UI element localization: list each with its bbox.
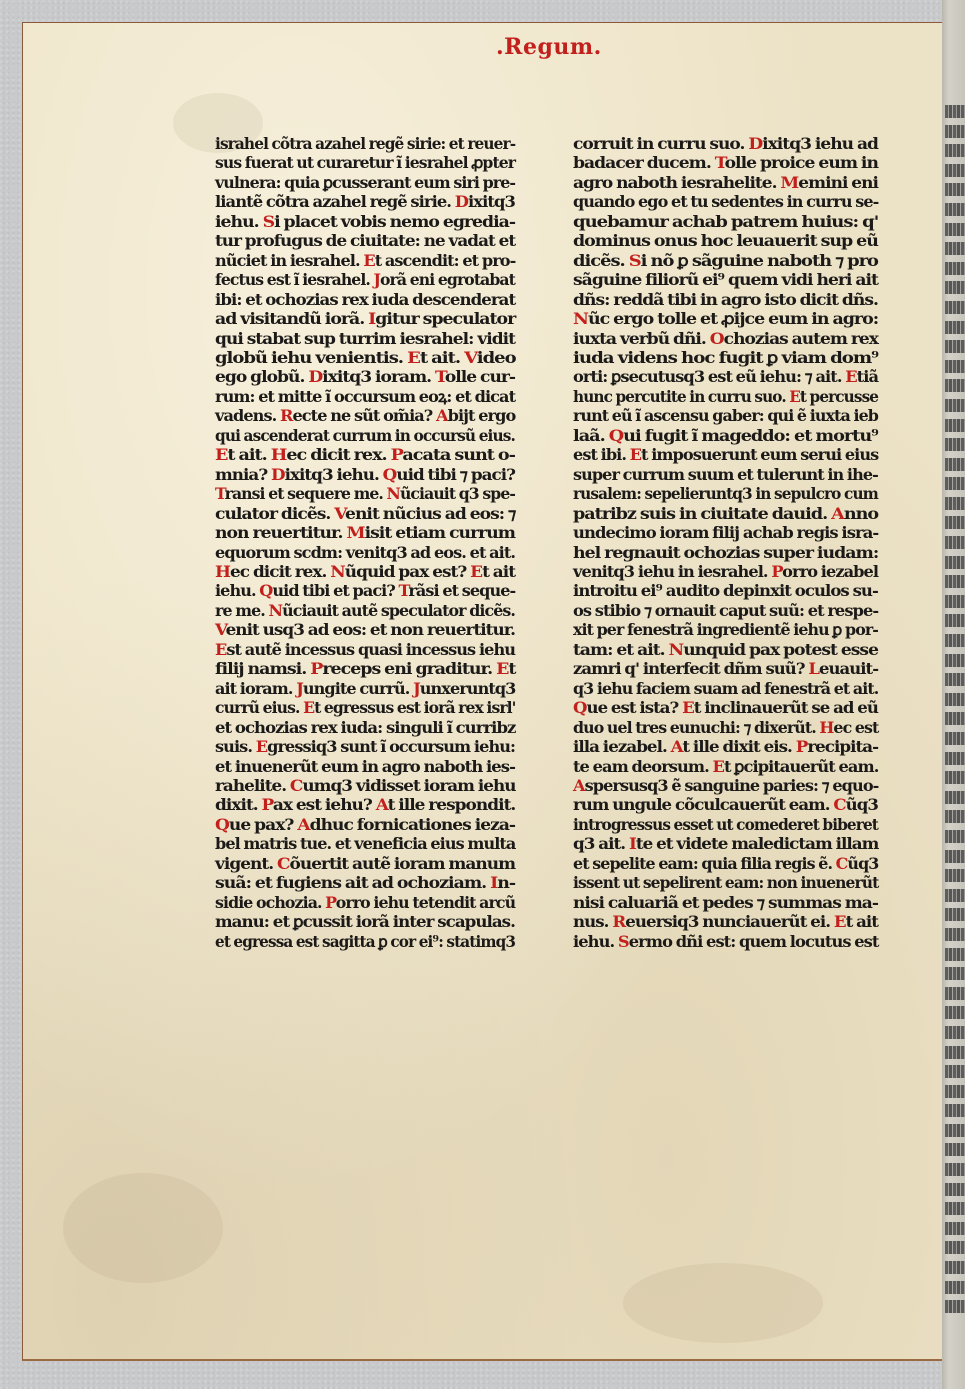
ghost-text-line [945,1085,965,1098]
text-line: patribz suis in ciuitate dauid. Anno [573,504,878,523]
rubricated-initial: I [629,834,636,853]
text-line: bel matris tue. et veneficia eius multa [215,834,515,853]
text-line: hunc percutite in curru suo. Et percusse [573,387,878,406]
text-line: ait ioram. Jungite currũ. Junxeruntq3 [215,679,515,698]
text-line: dicẽs. Si nõ ꝑ sãguine naboth ⁊ pro [573,251,878,270]
ghost-text-line [945,1183,965,1196]
rubricated-initial: V [334,504,345,523]
ghost-text-line [945,830,965,843]
rubricated-initial: A [297,815,309,834]
text-line: hel regnauit ochozias super iudam: [573,543,878,562]
rubricated-initial: D [308,367,322,386]
ghost-text-line [945,477,965,490]
text-line: iehu. Sermo dñi est: quem locutus est [573,932,878,951]
rubricated-initial: V [215,620,226,639]
text-line: Aspersusq3 ẽ sanguine paries: ⁊ equo- [573,776,878,795]
rubricated-initial: P [771,562,782,581]
rubricated-initial: R [280,406,292,425]
rubricated-initial: S [263,212,274,231]
rubricated-initial: P [325,893,336,912]
text-line: et sepelite eam: quia filia regis ẽ. Cũq… [573,854,878,873]
text-line: Est autẽ incessus quasi incessus iehu [215,640,515,659]
ghost-text-line [945,634,965,647]
rubricated-initial: A [376,795,388,814]
ghost-text-line [945,1300,965,1313]
text-line: rum: et mitte ĩ occursum eoꝝ: et dicat [215,387,515,406]
rubricated-initial: J [413,679,420,698]
text-line: Hec dicit rex. Nũquid pax est? Et ait [215,562,515,581]
rubricated-initial: E [363,251,374,270]
text-line: suis. Egressiq3 sunt ĩ occursum iehu: [215,737,515,756]
text-line: Nũc ergo tolle et ꝓijce eum in agro: [573,309,878,328]
text-line: dñs: reddã tibi in agro isto dicit dñs. [573,290,878,309]
text-line: rusalem: sepelieruntq3 in sepulcro cum [573,484,878,503]
rubricated-initial: D [748,134,762,153]
ghost-text-line [945,183,965,196]
rubricated-initial: I [490,873,497,892]
rubricated-initial: C [833,795,845,814]
ghost-text-line [945,1065,965,1078]
rubricated-initial: T [435,367,445,386]
right-text-column: corruit in curru suo. Dixitq3 iehu adbad… [573,134,878,951]
text-line: nisi caluariã et pedes ⁊ summas ma- [573,893,878,912]
text-line: filij namsi. Preceps eni graditur. Et [215,659,515,678]
ghost-text-line [945,1046,965,1059]
rubricated-initial: R [612,912,625,931]
adjacent-page-text [945,105,965,1335]
rubricated-initial: I [368,309,375,328]
parchment-stain [623,1263,823,1343]
rubricated-initial: C [836,854,848,873]
text-line: manu: et ꝑcussit iorã inter scapulas. [215,912,515,931]
rubricated-initial: T [215,484,225,503]
text-line: venitq3 iehu in iesrahel. Porro iezabel [573,562,878,581]
text-line: vigent. Cõuertit autẽ ioram manum [215,854,515,873]
ghost-text-line [945,556,965,569]
ghost-text-line [945,810,965,823]
rubricated-initial: Q [215,815,229,834]
rubricated-initial: E [215,640,226,659]
text-line: corruit in curru suo. Dixitq3 iehu ad [573,134,878,153]
text-line: xit per fenestrã ingredientẽ iehu ꝑ por- [573,620,878,639]
text-line: Venit usq3 ad eos: et non reuertitur. [215,620,515,639]
text-line: rahelite. Cumq3 vidisset ioram iehu [215,776,515,795]
ghost-text-line [945,399,965,412]
ghost-text-line [945,438,965,451]
ghost-text-line [945,203,965,216]
ghost-text-line [945,908,965,921]
rubricated-initial: E [215,445,227,464]
ghost-text-line [945,516,965,529]
ghost-text-line [945,1241,965,1254]
text-line: fectus est ĩ iesrahel. Jorã eni egrotaba… [215,270,515,289]
rubricated-initial: Q [259,581,272,600]
text-line: nũciet in iesrahel. Et ascendit: et pro- [215,251,515,270]
ghost-text-line [945,1143,965,1156]
rubricated-initial: A [671,737,683,756]
text-line: badacer ducem. Tolle proice eum in [573,153,878,172]
text-line: os stibio ⁊ ornauit caput suũ: et respe- [573,601,878,620]
rubricated-initial: P [796,737,808,756]
rubricated-initial: M [346,523,364,542]
ghost-text-line [945,458,965,471]
ghost-text-line [945,869,965,882]
rubricated-initial: S [629,251,641,270]
rubricated-initial: Q [609,426,623,445]
rubricated-initial: T [398,581,408,600]
text-line: re me. Nũciauit autẽ speculator dicẽs. [215,601,515,620]
text-line: vulnera: quia ꝑcusserant eum siri pre- [215,173,515,192]
text-line: tur profugus de ciuitate: ne vadat et [215,231,515,250]
ghost-text-line [945,262,965,275]
ghost-text-line [945,1104,965,1117]
rubricated-initial: H [215,562,230,581]
text-line: ibi: et ochozias rex iuda descenderat [215,290,515,309]
ghost-text-line [945,1026,965,1039]
ghost-text-line [945,771,965,784]
text-line: iehu. Si placet vobis nemo egredia- [215,212,515,231]
text-line: introitu ei⁹ audito depinxit oculos su- [573,581,878,600]
rubricated-initial: E [713,757,724,776]
rubricated-initial: E [496,659,508,678]
text-line: mnia? Dixitq3 iehu. Quid tibi ⁊ paci? [215,465,515,484]
rubricated-initial: H [271,445,287,464]
ghost-text-line [945,987,965,1000]
rubricated-initial: D [271,465,285,484]
rubricated-initial: C [290,776,302,795]
ghost-text-line [945,223,965,236]
rubricated-initial: Q [573,698,586,717]
ghost-text-line [945,1222,965,1235]
text-line: qui stabat sup turrim iesrahel: vidit [215,329,515,348]
ghost-text-line [945,497,965,510]
text-line: laã. Qui fugit ĩ mageddo: et mortu⁹ [573,426,878,445]
text-line: et ochozias rex iuda: singuli ĩ curribz [215,718,515,737]
ghost-text-line [945,1124,965,1137]
text-line: ad visitandũ iorã. Igitur speculator [215,309,515,328]
text-line: super currum suum et tulerunt in ihe- [573,465,878,484]
ghost-text-line [945,321,965,334]
text-line: nus. Reuersiq3 nunciauerũt ei. Et ait [573,912,878,931]
text-line: sus fuerat ut curaretur ĩ iesrahel ꝓpter [215,153,515,172]
text-line: iehu. Quid tibi et paci? Trãsi et seque- [215,581,515,600]
text-line: ego globũ. Dixitq3 ioram. Tolle cur- [215,367,515,386]
ghost-text-line [945,360,965,373]
rubricated-initial: E [407,348,420,367]
rubricated-initial: T [715,153,725,172]
text-line: q3 iehu faciem suam ad fenestrã et ait. [573,679,878,698]
rubricated-initial: E [789,387,800,406]
rubricated-initial: E [256,737,267,756]
text-line: undecimo ioram filij achab regis isra- [573,523,878,542]
ghost-text-line [945,340,965,353]
text-line: vadens. Recte ne sũt om̃ia? Abijt ergo [215,406,515,425]
rubricated-initial: E [303,698,314,717]
text-line: non reuertitur. Misit etiam currum [215,523,515,542]
ghost-text-line [945,1006,965,1019]
rubricated-initial: J [296,679,303,698]
ghost-text-line [945,948,965,961]
text-line: equorum scdm: venitq3 ad eos. et ait. [215,543,515,562]
ghost-text-line [945,105,965,118]
text-line: issent ut sepelirent eam: non inuenerũt [573,873,878,892]
rubricated-initial: P [310,659,322,678]
rubricated-initial: C [277,854,290,873]
text-line: quebamur achab patrem huius: q' [573,212,878,231]
ghost-text-line [945,1202,965,1215]
rubricated-initial: O [710,329,724,348]
rubricated-initial: N [573,309,588,328]
rubricated-initial: V [464,348,477,367]
text-line: tam: et ait. Nunquid pax potest esse [573,640,878,659]
left-text-column: israhel cõtra azahel regẽ sirie: et reue… [215,134,515,951]
rubricated-initial: L [808,659,819,678]
ghost-text-line [945,693,965,706]
rubricated-initial: E [834,912,846,931]
rubricated-initial: E [630,445,641,464]
text-line: te eam deorsum. Et ꝑcipitauerũt eam. [573,757,878,776]
rubricated-initial: P [262,795,273,814]
text-line: globũ iehu venientis. Et ait. Video [215,348,515,367]
text-line: illa iezabel. At ille dixit eis. Precipi… [573,737,878,756]
ghost-text-line [945,125,965,138]
rubricated-initial: E [682,698,694,717]
text-line: sãguine filiorũ ei⁹ quem vidi heri ait [573,270,878,289]
text-line: dixit. Pax est iehu? At ille respondit. [215,795,515,814]
text-line: zamri q' interfecit dñm suũ? Leuauit- [573,659,878,678]
ghost-text-line [945,144,965,157]
text-line: qui ascenderat currum in occursũ eius. [215,426,515,445]
text-line: agro naboth iesrahelite. Memini eni [573,173,878,192]
ghost-text-line [945,1281,965,1294]
ghost-text-line [945,850,965,863]
ghost-text-line [945,889,965,902]
ghost-text-line [945,379,965,392]
rubricated-initial: N [330,562,344,581]
text-line: et egressa est sagitta ꝑ cor ei⁹: statim… [215,932,515,951]
text-line: rum ungule cõculcauerũt eam. Cũq3 [573,795,878,814]
text-line: dominus onus hoc leuauerit sup eũ [573,231,878,250]
rubricated-initial: A [831,504,844,523]
rubricated-initial: E [845,367,856,386]
ghost-text-line [945,928,965,941]
rubricated-initial: A [573,776,585,795]
ghost-text-line [945,673,965,686]
text-line: suã: et fugiens ait ad ochoziam. In- [215,873,515,892]
text-line: israhel cõtra azahel regẽ sirie: et reue… [215,134,515,153]
ghost-text-line [945,281,965,294]
text-line: Transi et sequere me. Nũciauit q3 spe- [215,484,515,503]
ghost-text-line [945,536,965,549]
text-line: est ibi. Et imposuerunt eum serui eius [573,445,878,464]
parchment-stain [63,1173,223,1283]
ghost-text-line [945,752,965,765]
text-line: iuxta verbũ dñi. Ochozias autem rex [573,329,878,348]
ghost-text-line [945,732,965,745]
rubricated-initial: M [780,173,798,192]
rubricated-initial: A [436,406,448,425]
text-line: et inuenerũt eum in agro naboth ies- [215,757,515,776]
text-line: orti: ꝑsecutusq3 est eũ iehu: ⁊ ait. Eti… [573,367,878,386]
running-head: .Regum. [496,34,602,60]
rubricated-initial: N [269,601,283,620]
text-line: currũ eius. Et egressus est iorã rex isr… [215,698,515,717]
ghost-text-line [945,419,965,432]
text-line: duo uel tres eunuchi: ⁊ dixerũt. Hec est [573,718,878,737]
ghost-text-line [945,654,965,667]
text-line: Que pax? Adhuc fornicationes ieza- [215,815,515,834]
ghost-text-line [945,242,965,255]
text-line: sidie ochozia. Porro iehu tetendit arcũ [215,893,515,912]
rubricated-initial: N [387,484,400,503]
text-line: quando ego et tu sedentes in curru se- [573,192,878,211]
text-line: liantẽ cõtra azahel regẽ sirie. Dixitq3 [215,192,515,211]
ghost-text-line [945,301,965,314]
text-line: Et ait. Hec dicit rex. Pacata sunt o- [215,445,515,464]
text-line: q3 ait. Ite et videte maledictam illam [573,834,878,853]
rubricated-initial: D [455,192,468,211]
text-line: iuda videns hoc fugit ꝑ viam dom⁹ [573,348,878,367]
ghost-text-line [945,1261,965,1274]
ghost-text-line [945,712,965,725]
text-line: introgressus esset ut comederet biberet [573,815,878,834]
rubricated-initial: S [618,932,629,951]
rubricated-initial: H [819,718,833,737]
ghost-text-line [945,614,965,627]
ghost-text-line [945,1163,965,1176]
text-line: culator dicẽs. Venit nũcius ad eos: ⁊ [215,504,515,523]
text-line: Que est ista? Et inclinauerũt se ad eũ [573,698,878,717]
rubricated-initial: J [374,270,381,289]
ghost-text-line [945,967,965,980]
rubricated-initial: E [470,562,482,581]
ghost-text-line [945,791,965,804]
ghost-text-line [945,575,965,588]
ghost-text-line [945,164,965,177]
text-line: runt eũ ĩ ascensu gaber: qui ẽ iuxta ieb [573,406,878,425]
rubricated-initial: N [669,640,684,659]
rubricated-initial: Q [383,465,397,484]
ghost-text-line [945,595,965,608]
rubricated-initial: P [391,445,403,464]
